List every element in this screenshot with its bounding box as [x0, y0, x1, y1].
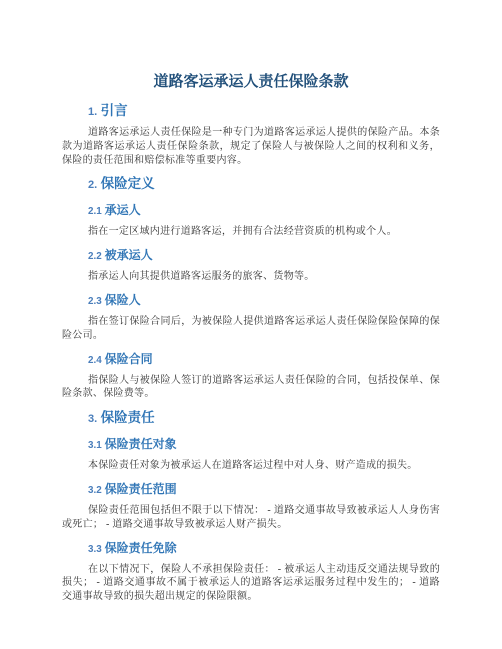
heading-text: 保险人 — [105, 293, 141, 307]
heading-number: 1. — [88, 106, 97, 118]
heading-number: 2.4 — [88, 355, 102, 366]
heading-text: 保险合同 — [105, 352, 153, 366]
heading-text: 保险责任对象 — [105, 437, 177, 451]
subsection-heading: 2.1 承运人 — [88, 202, 440, 220]
subsection-heading: 3.2 保险责任范围 — [88, 481, 440, 499]
heading-number: 2.2 — [88, 251, 102, 262]
section-heading: 2. 保险定义 — [88, 175, 440, 194]
heading-text: 保险责任 — [101, 410, 155, 425]
body-paragraph: 在以下情况下，保险人不承担保险责任： - 被承运人主动违反交通法规导致的损失； … — [62, 563, 440, 604]
body-paragraph: 保险责任范围包括但不限于以下情况： - 道路交通事故导致被承运人人身伤害或死亡；… — [62, 504, 440, 532]
heading-text: 保险责任范围 — [105, 482, 177, 496]
heading-text: 引言 — [101, 103, 128, 118]
subsection-heading: 2.3 保险人 — [88, 292, 440, 310]
body-paragraph: 指承运人向其提供道路客运服务的旅客、货物等。 — [62, 270, 440, 284]
body-paragraph: 道路客运承运人责任保险是一种专门为道路客运承运人提供的保险产品。本条款为道路客运… — [62, 126, 440, 167]
body-paragraph: 指在一定区域内进行道路客运，并拥有合法经营资质的机构或个人。 — [62, 225, 440, 239]
subsection-heading: 2.4 保险合同 — [88, 351, 440, 369]
heading-number: 3. — [88, 413, 97, 425]
heading-number: 2. — [88, 179, 97, 191]
heading-number: 3.2 — [88, 485, 102, 496]
document-body: 1. 引言道路客运承运人责任保险是一种专门为道路客运承运人提供的保险产品。本条款… — [62, 102, 440, 604]
heading-text: 承运人 — [105, 203, 141, 217]
body-paragraph: 本保险责任对象为被承运人在道路客运过程中对人身、财产造成的损失。 — [62, 459, 440, 473]
heading-text: 保险定义 — [101, 176, 155, 191]
section-heading: 1. 引言 — [88, 102, 440, 121]
heading-number: 2.3 — [88, 296, 102, 307]
body-paragraph: 指保险人与被保险人签订的道路客运承运人责任保险的合同，包括投保单、保险条款、保险… — [62, 374, 440, 402]
section-heading: 3. 保险责任 — [88, 409, 440, 428]
heading-number: 3.1 — [88, 440, 102, 451]
subsection-heading: 3.3 保险责任免除 — [88, 540, 440, 558]
subsection-heading: 2.2 被承运人 — [88, 247, 440, 265]
heading-number: 2.1 — [88, 206, 102, 217]
document-page: 道路客运承运人责任保险条款 1. 引言道路客运承运人责任保险是一种专门为道路客运… — [0, 0, 502, 649]
heading-number: 3.3 — [88, 544, 102, 555]
subsection-heading: 3.1 保险责任对象 — [88, 436, 440, 454]
heading-text: 保险责任免除 — [105, 541, 177, 555]
document-title: 道路客运承运人责任保险条款 — [62, 70, 440, 94]
body-paragraph: 指在签订保险合同后，为被保险人提供道路客运承运人责任保险保险保障的保险公司。 — [62, 315, 440, 343]
heading-text: 被承运人 — [105, 248, 153, 262]
